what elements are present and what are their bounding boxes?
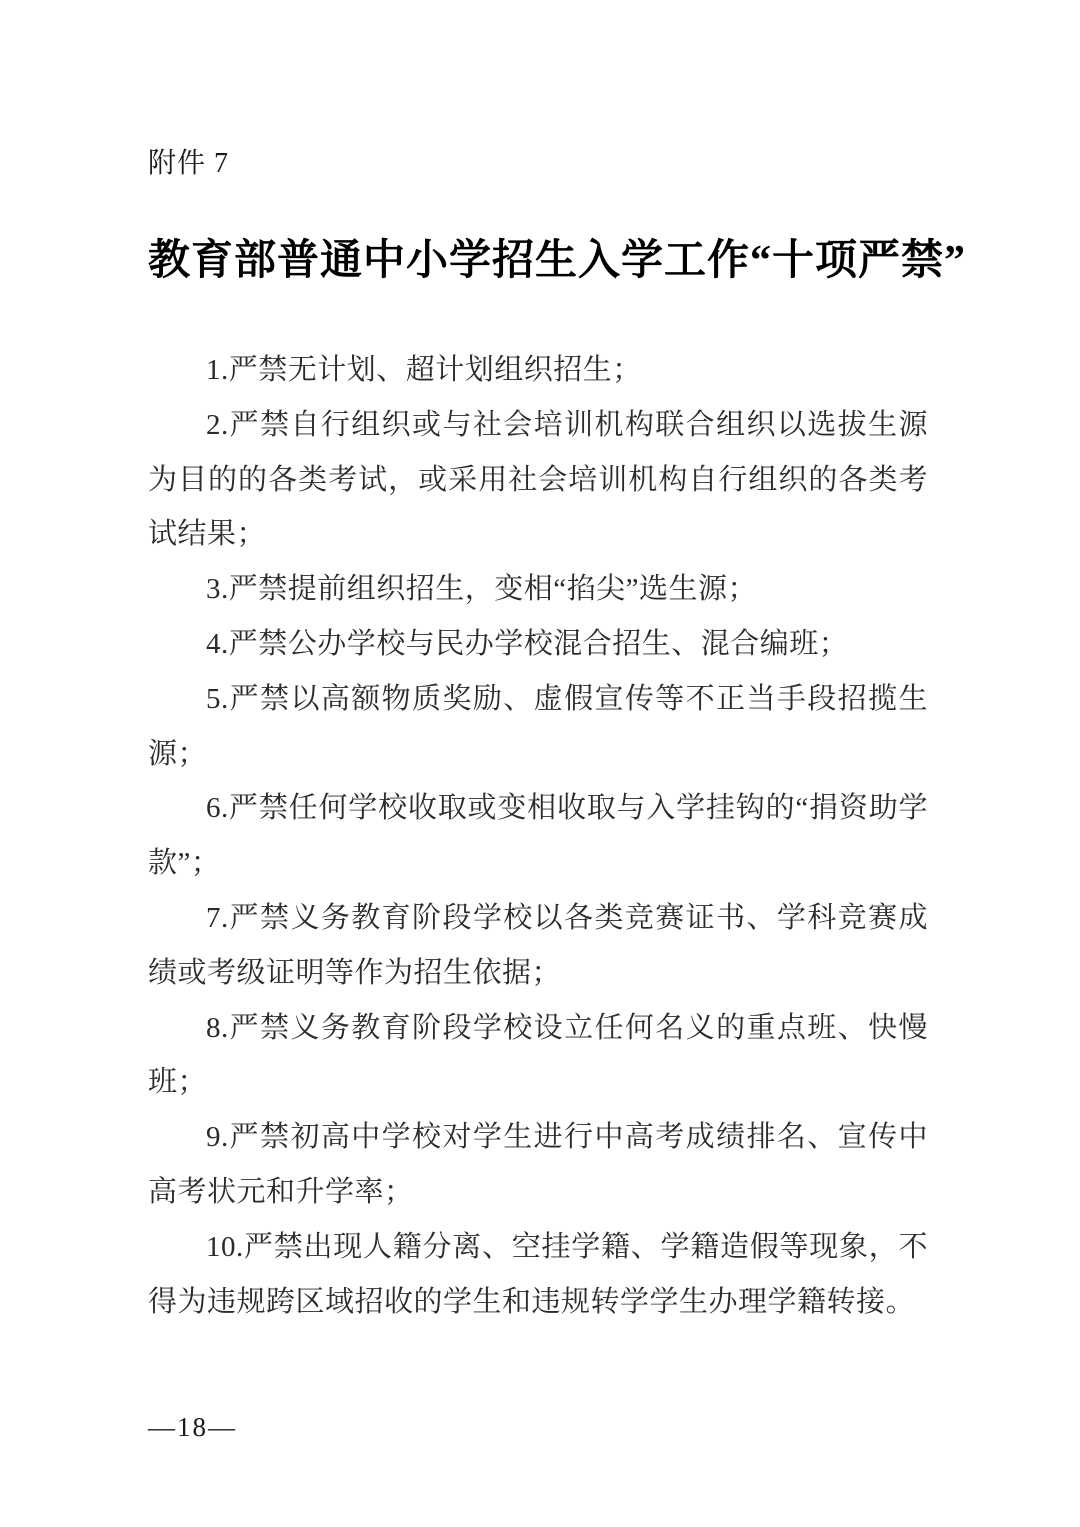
prohibition-item: 2.严禁自行组织或与社会培训机构联合组织以选拔生源为目的的各类考试，或采用社会培… [148, 398, 928, 562]
document-content: 附件 7 教育部普通中小学招生入学工作“十项严禁” 1.严禁无计划、超计划组织招… [0, 0, 1080, 1329]
document-page: 附件 7 教育部普通中小学招生入学工作“十项严禁” 1.严禁无计划、超计划组织招… [0, 0, 1080, 1527]
prohibition-item: 1.严禁无计划、超计划组织招生； [148, 343, 928, 398]
attachment-label: 附件 7 [148, 147, 928, 181]
document-title: 教育部普通中小学招生入学工作“十项严禁” [148, 231, 928, 291]
prohibition-item: 10.严禁出现人籍分离、空挂学籍、学籍造假等现象，不得为违规跨区域招收的学生和违… [148, 1220, 928, 1330]
prohibition-item: 7.严禁义务教育阶段学校以各类竞赛证书、学科竞赛成绩或考级证明等作为招生依据； [148, 891, 928, 1001]
prohibition-item: 9.严禁初高中学校对学生进行中高考成绩排名、宣传中高考状元和升学率； [148, 1110, 928, 1220]
prohibition-item: 8.严禁义务教育阶段学校设立任何名义的重点班、快慢班； [148, 1001, 928, 1111]
prohibition-item: 5.严禁以高额物质奖励、虚假宣传等不正当手段招揽生源； [148, 672, 928, 782]
prohibition-item: 6.严禁任何学校收取或变相收取与入学挂钩的“捐资助学款”； [148, 781, 928, 891]
prohibition-item: 4.严禁公办学校与民办学校混合招生、混合编班； [148, 617, 928, 672]
prohibition-item: 3.严禁提前组织招生，变相“掐尖”选生源； [148, 562, 928, 617]
document-body: 1.严禁无计划、超计划组织招生；2.严禁自行组织或与社会培训机构联合组织以选拔生… [148, 343, 928, 1329]
page-number: —18— [148, 1412, 237, 1443]
